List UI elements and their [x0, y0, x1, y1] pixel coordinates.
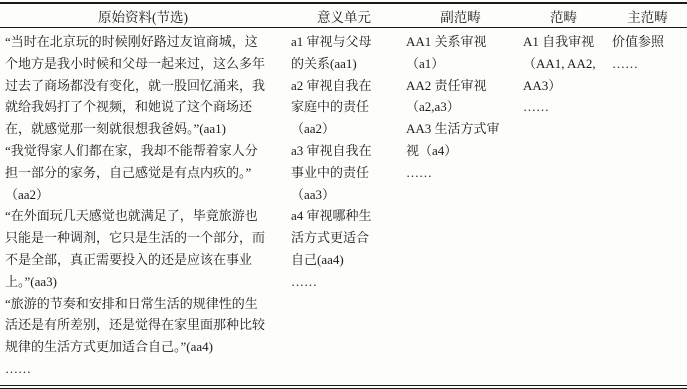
- category-cell: A1 自我审视 （AA1, AA2, AA3） ……: [519, 28, 608, 385]
- header-raw-material: 原始资料(节选): [0, 6, 286, 26]
- header-sub-category: 副范畴: [402, 6, 519, 26]
- table-header-row: 原始资料(节选) 意义单元 副范畴 范畴 主范畴: [0, 4, 687, 27]
- table-bottom-rule: [0, 385, 687, 389]
- main-category-cell: 价值参照 ……: [608, 28, 687, 385]
- header-main-category: 主范畴: [608, 6, 687, 26]
- table-body-row: “当时在北京玩的时候刚好路过友谊商城，这 个地方是我小时候和父母一起来过，这么多…: [0, 28, 687, 385]
- sub-category-cell: AA1 关系审视 （a1） AA2 责任审视 （a2,a3） AA3 生活方式审…: [402, 28, 519, 385]
- raw-material-cell: “当时在北京玩的时候刚好路过友谊商城，这 个地方是我小时候和父母一起来过，这么多…: [0, 28, 286, 385]
- header-meaning-unit: 意义单元: [286, 6, 402, 26]
- meaning-unit-cell: a1 审视与父母 的关系(aa1) a2 审视自我在 家庭中的责任 （aa2） …: [286, 28, 402, 385]
- coding-table-figure: 原始资料(节选) 意义单元 副范畴 范畴 主范畴 “当时在北京玩的时候刚好路过友…: [0, 0, 687, 389]
- header-category: 范畴: [519, 6, 608, 26]
